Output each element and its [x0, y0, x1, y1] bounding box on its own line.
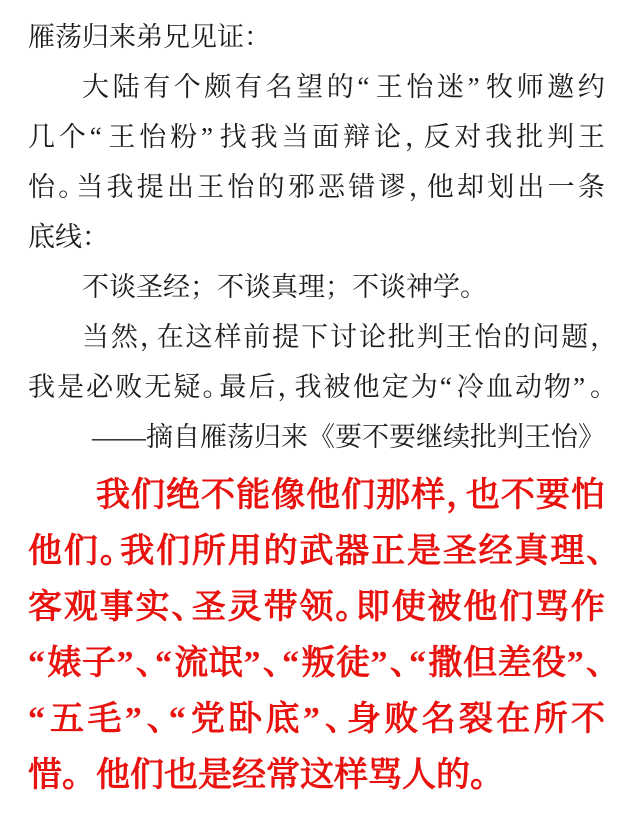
text-line: 他们。我们所用的武器正是圣经真理、 — [28, 524, 605, 580]
document-page: 雁荡归来弟兄见证： 大陆有个颇有名望的“王怡迷”牧师邀约 几个“王怡粉”找我当面… — [0, 0, 632, 833]
text-line: “婊子”、“流氓”、“叛徒”、“撒但差役”、 — [28, 636, 605, 692]
text-line: 惜。他们也是经常这样骂人的。 — [28, 748, 605, 804]
text-line: 怡。当我提出王怡的邪恶错谬，他却划出一条 — [28, 162, 605, 212]
text-line: 我是必败无疑。最后，我被他定为“冷血动物”。 — [28, 362, 605, 412]
text-line: 大陆有个颇有名望的“王怡迷”牧师邀约 — [28, 62, 605, 112]
text-line: 当然，在这样前提下讨论批判王怡的问题， — [28, 312, 605, 362]
testimony-quote-section: 雁荡归来弟兄见证： 大陆有个颇有名望的“王怡迷”牧师邀约 几个“王怡粉”找我当面… — [28, 12, 605, 462]
text-line: 不谈圣经；不谈真理；不谈神学。 — [28, 262, 605, 312]
text-line: “五毛”、“党卧底”、身败名裂在所不 — [28, 692, 605, 748]
text-line: 我们绝不能像他们那样，也不要怕 — [28, 468, 605, 524]
text-line: 客观事实、圣灵带领。即使被他们骂作 — [28, 580, 605, 636]
red-emphasis-section: 我们绝不能像他们那样，也不要怕 他们。我们所用的武器正是圣经真理、 客观事实、圣… — [28, 468, 605, 804]
attribution-line: ——摘自雁荡归来《要不要继续批判王怡》 — [28, 412, 605, 462]
text-line: 底线： — [28, 212, 605, 262]
text-line: 雁荡归来弟兄见证： — [28, 12, 605, 62]
text-line: 几个“王怡粉”找我当面辩论，反对我批判王 — [28, 112, 605, 162]
